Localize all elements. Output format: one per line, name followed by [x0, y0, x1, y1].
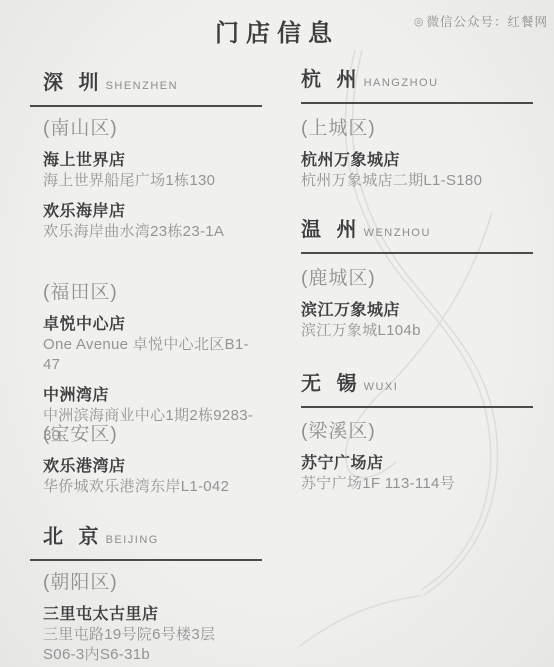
store-address: One Avenue 卓悦中心北区B1-47 [43, 335, 262, 375]
city-name-en: WENZHOU [364, 227, 431, 239]
store-item: 卓悦中心店 One Avenue 卓悦中心北区B1-47 [43, 314, 262, 375]
district-group-liangxi: (梁溪区) 苏宁广场店 苏宁广场1F 113-114号 [301, 421, 533, 494]
city-name: 深 圳 [43, 70, 104, 96]
city-header-shenzhen: 深 圳 SHENZHEN [30, 70, 262, 107]
store-item: 欢乐海岸店 欢乐海岸曲水湾23栋23-1A [43, 201, 262, 242]
district-group-chaoyang: (朝阳区) 三里屯太古里店 三里屯路19号院6号楼3层 S06-3内S6-31b [43, 572, 262, 665]
district-group-lucheng: (鹿城区) 滨江万象城店 滨江万象城L104b [301, 268, 533, 341]
store-item: 滨江万象城店 滨江万象城L104b [301, 300, 533, 341]
city-header-beijing: 北 京 BEIJING [30, 524, 262, 561]
district-group-shangcheng: (上城区) 杭州万象城店 杭州万象城店二期L1-S180 [301, 118, 533, 191]
store-address: 苏宁广场1F 113-114号 [301, 474, 533, 494]
store-name: 苏宁广场店 [301, 453, 533, 474]
store-item: 海上世界店 海上世界船尾广场1栋130 [43, 150, 262, 191]
store-name: 海上世界店 [43, 150, 262, 171]
district-label: (宝安区) [43, 424, 262, 446]
store-address: 海上世界船尾广场1栋130 [43, 171, 262, 191]
store-item: 苏宁广场店 苏宁广场1F 113-114号 [301, 453, 533, 494]
district-group-nanshan: (南山区) 海上世界店 海上世界船尾广场1栋130 欢乐海岸店 欢乐海岸曲水湾2… [43, 118, 262, 242]
district-label: (梁溪区) [301, 421, 533, 443]
store-address: 华侨城欢乐港湾东岸L1-042 [43, 477, 262, 497]
right-column: 杭 州 HANGZHOU (上城区) 杭州万象城店 杭州万象城店二期L1-S18… [301, 0, 533, 667]
store-name: 欢乐海岸店 [43, 201, 262, 222]
store-address: 三里屯路19号院6号楼3层 S06-3内S6-31b [43, 625, 262, 665]
city-name-en: BEIJING [106, 534, 159, 546]
district-group-baoan: (宝安区) 欢乐港湾店 华侨城欢乐港湾东岸L1-042 [43, 424, 262, 497]
store-name: 中洲湾店 [43, 385, 262, 406]
city-name-en: SHENZHEN [106, 80, 179, 92]
city-header-wuxi: 无 锡 WUXI [301, 371, 533, 408]
store-name: 滨江万象城店 [301, 300, 533, 321]
city-name-en: WUXI [364, 381, 399, 393]
store-item: 三里屯太古里店 三里屯路19号院6号楼3层 S06-3内S6-31b [43, 604, 262, 665]
district-label: (福田区) [43, 282, 262, 304]
district-label: (上城区) [301, 118, 533, 140]
store-item: 欢乐港湾店 华侨城欢乐港湾东岸L1-042 [43, 456, 262, 497]
store-name: 三里屯太古里店 [43, 604, 262, 625]
store-name: 杭州万象城店 [301, 150, 533, 171]
store-item: 杭州万象城店 杭州万象城店二期L1-S180 [301, 150, 533, 191]
district-label: (朝阳区) [43, 572, 262, 594]
city-header-wenzhou: 温 州 WENZHOU [301, 217, 533, 254]
store-address: 滨江万象城L104b [301, 321, 533, 341]
store-address: 杭州万象城店二期L1-S180 [301, 171, 533, 191]
store-name: 卓悦中心店 [43, 314, 262, 335]
city-name: 北 京 [43, 524, 104, 550]
district-label: (鹿城区) [301, 268, 533, 290]
store-name: 欢乐港湾店 [43, 456, 262, 477]
city-name-en: HANGZHOU [364, 77, 439, 89]
city-name: 杭 州 [301, 67, 362, 93]
city-name: 无 锡 [301, 371, 362, 397]
district-group-futian: (福田区) 卓悦中心店 One Avenue 卓悦中心北区B1-47 中洲湾店 … [43, 282, 262, 446]
city-header-hangzhou: 杭 州 HANGZHOU [301, 67, 533, 104]
district-label: (南山区) [43, 118, 262, 140]
store-address: 欢乐海岸曲水湾23栋23-1A [43, 222, 262, 242]
store-info-flyer: ◎ 微信公众号：红餐网 门店信息 深 圳 SHENZHEN (南山区) 海上世界… [0, 0, 554, 667]
left-column: 深 圳 SHENZHEN (南山区) 海上世界店 海上世界船尾广场1栋130 欢… [30, 0, 262, 667]
city-name: 温 州 [301, 217, 362, 243]
